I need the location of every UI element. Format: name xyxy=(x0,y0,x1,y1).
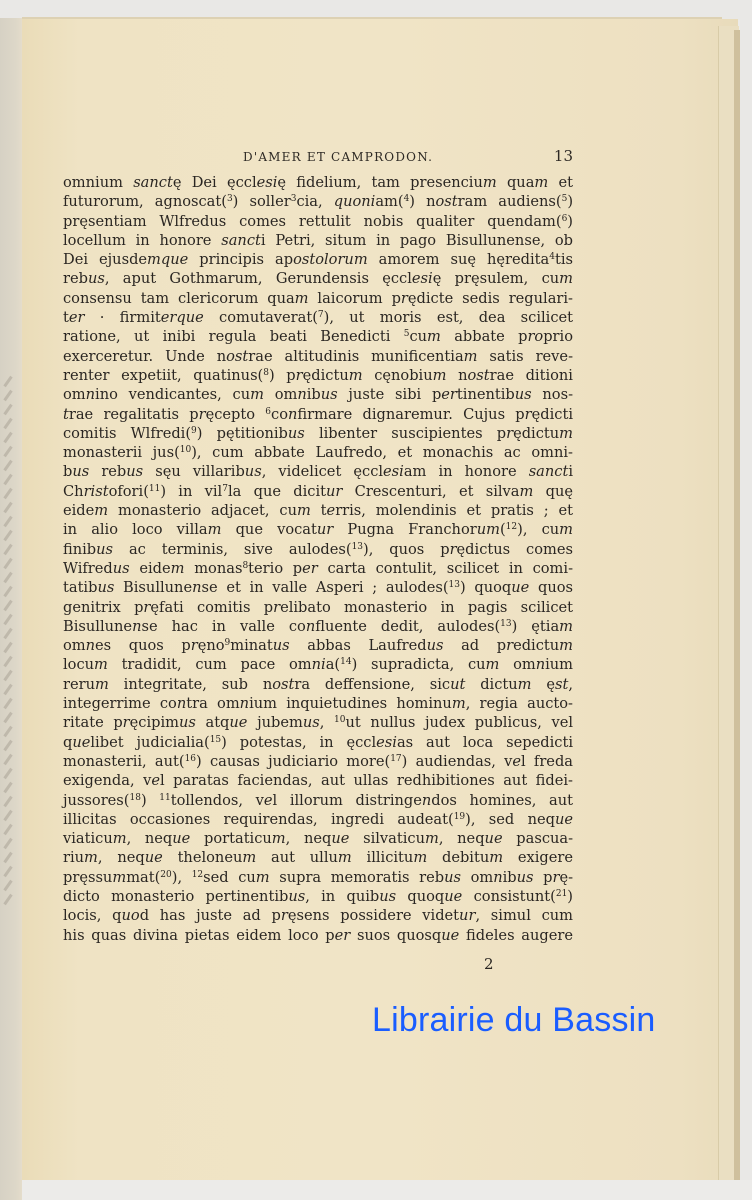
text-line: futurorum, agnoscat(3) soller3cia, quoni… xyxy=(63,192,573,211)
text-line: renter expetiit, quatinus(8) prędictum c… xyxy=(63,366,573,385)
bleed-through-mark xyxy=(3,726,12,738)
text-line: pręssummat(20), 12sed cum supra memorati… xyxy=(63,868,573,887)
bleed-through-mark xyxy=(3,488,12,500)
text-line: bus rebus sęu villaribus, videlicet ęccl… xyxy=(63,462,573,481)
bleed-through-mark xyxy=(3,810,12,822)
text-line: consensu tam clericorum quam laicorum pr… xyxy=(63,289,573,308)
text-line: exigenda, vel paratas faciendas, aut ull… xyxy=(63,771,573,790)
bleed-through-mark xyxy=(3,460,12,472)
bleed-through-mark xyxy=(3,656,12,668)
bleed-through-mark xyxy=(3,642,12,654)
text-line: viaticum, neque portaticum, neque silvat… xyxy=(63,829,573,848)
bleed-through-mark xyxy=(3,698,12,710)
bleed-through-mark xyxy=(3,740,12,752)
text-line: rerum integritate, sub nostra deffension… xyxy=(63,675,573,694)
bleed-through-mark xyxy=(3,572,12,584)
scan-background-bottom xyxy=(22,1180,752,1200)
bleed-through-mark xyxy=(3,600,12,612)
bleed-through-mark xyxy=(3,628,12,640)
bleed-through-mark xyxy=(3,558,12,570)
watermark: Librairie du Bassin xyxy=(372,1001,656,1040)
text-line: omnino vendicantes, cum omnibus juste si… xyxy=(63,385,573,404)
text-line: locum tradidit, cum pace omnia(14) supra… xyxy=(63,655,573,674)
bleed-through-mark xyxy=(3,404,12,416)
text-line: illicitas occasiones requirendas, ingred… xyxy=(63,810,573,829)
bleed-through-mark xyxy=(3,586,12,598)
scan-background-right xyxy=(740,0,752,1200)
text-line: exerceretur. Unde nostrae altitudinis mu… xyxy=(63,347,573,366)
text-line: finibus ac terminis, sive aulodes(13), q… xyxy=(63,540,573,559)
text-line: in alio loco villam que vocatur Pugna Fr… xyxy=(63,520,573,539)
text-line: his quas divina pietas eidem loco per su… xyxy=(63,926,573,945)
signature-mark: 2 xyxy=(484,955,494,973)
bleed-through-mark xyxy=(3,446,12,458)
running-title: D'AMER ET CAMPRODON. xyxy=(243,150,433,164)
bleed-through-mark xyxy=(3,530,12,542)
bleed-through-mark xyxy=(3,614,12,626)
page-number: 13 xyxy=(554,147,573,165)
bleed-through-mark xyxy=(3,852,12,864)
text-line: tatibus Bisullunense et in valle Asperi … xyxy=(63,578,573,597)
text-line: integerrime contra omnium inquietudines … xyxy=(63,694,573,713)
text-line: locellum in honore sancti Petri, situm i… xyxy=(63,231,573,250)
bleed-through-mark xyxy=(3,502,12,514)
body-text: omnium sanctę Dei ęcclesię fidelium, tam… xyxy=(63,173,573,945)
bleed-through-mark xyxy=(3,894,12,906)
text-line: monasterii jus(10), cum abbate Laufredo,… xyxy=(63,443,573,462)
bleed-through-mark xyxy=(3,824,12,836)
text-line: monasterii, aut(16) causas judiciario mo… xyxy=(63,752,573,771)
text-line: genitrix pręfati comitis prelibato monas… xyxy=(63,598,573,617)
text-line: ter · firmiterque comutaverat(7), ut mor… xyxy=(63,308,573,327)
text-line: Wifredus eidem monas8terio per carta con… xyxy=(63,559,573,578)
text-line: ratione, ut inibi regula beati Benedicti… xyxy=(63,327,573,346)
text-line: Bisullunense hac in valle confluente ded… xyxy=(63,617,573,636)
bleed-through-mark xyxy=(3,880,12,892)
text-line: pręsentiam Wlfredus comes rettulit nobis… xyxy=(63,212,573,231)
text-line: comitis Wlfredi(9) pętitionibus libenter… xyxy=(63,424,573,443)
bleed-through-mark xyxy=(3,432,12,444)
bleed-through-mark xyxy=(3,670,12,682)
text-line: rium, neque theloneum aut ullum illicitu… xyxy=(63,848,573,867)
text-line: rebus, aput Gothmarum, Gerundensis ęccle… xyxy=(63,269,573,288)
text-line: locis, quod has juste ad pręsens posside… xyxy=(63,906,573,925)
text-line: quelibet judicialia(15) potestas, in ęcc… xyxy=(63,733,573,752)
bleed-through-mark xyxy=(3,796,12,808)
bleed-through-mark xyxy=(3,390,12,402)
text-line: eidem monasterio adjacet, cum terris, mo… xyxy=(63,501,573,520)
facing-page-edge xyxy=(0,18,22,1200)
bleed-through-mark xyxy=(3,712,12,724)
bleed-through-mark xyxy=(3,516,12,528)
text-line: omnium sanctę Dei ęcclesię fidelium, tam… xyxy=(63,173,573,192)
text-line: trae regalitatis pręcepto 6confirmare di… xyxy=(63,405,573,424)
text-line: Dei ejusdemque principis apostolorum amo… xyxy=(63,250,573,269)
bleed-through-mark xyxy=(3,768,12,780)
bleed-through-mark xyxy=(3,418,12,430)
text-line: ritate pręcipimus atque jubemus, 10ut nu… xyxy=(63,713,573,732)
bleed-through-mark xyxy=(3,684,12,696)
text-line: omnes quos pręno9minatus abbas Laufredus… xyxy=(63,636,573,655)
bleed-through-mark xyxy=(3,754,12,766)
bleed-through-mark xyxy=(3,782,12,794)
text-line: jussores(18) 11tollendos, vel illorum di… xyxy=(63,791,573,810)
text-line: dicto monasterio pertinentibus, in quibu… xyxy=(63,887,573,906)
bleed-through-mark xyxy=(3,376,12,388)
bleed-through-mark xyxy=(3,544,12,556)
bleed-through-mark xyxy=(3,838,12,850)
running-head: D'AMER ET CAMPRODON. 13 xyxy=(63,148,573,168)
bleed-through-mark xyxy=(3,866,12,878)
text-line: Christofori(11) in vil7la que dicitur Cr… xyxy=(63,482,573,501)
bleed-through-mark xyxy=(3,474,12,486)
